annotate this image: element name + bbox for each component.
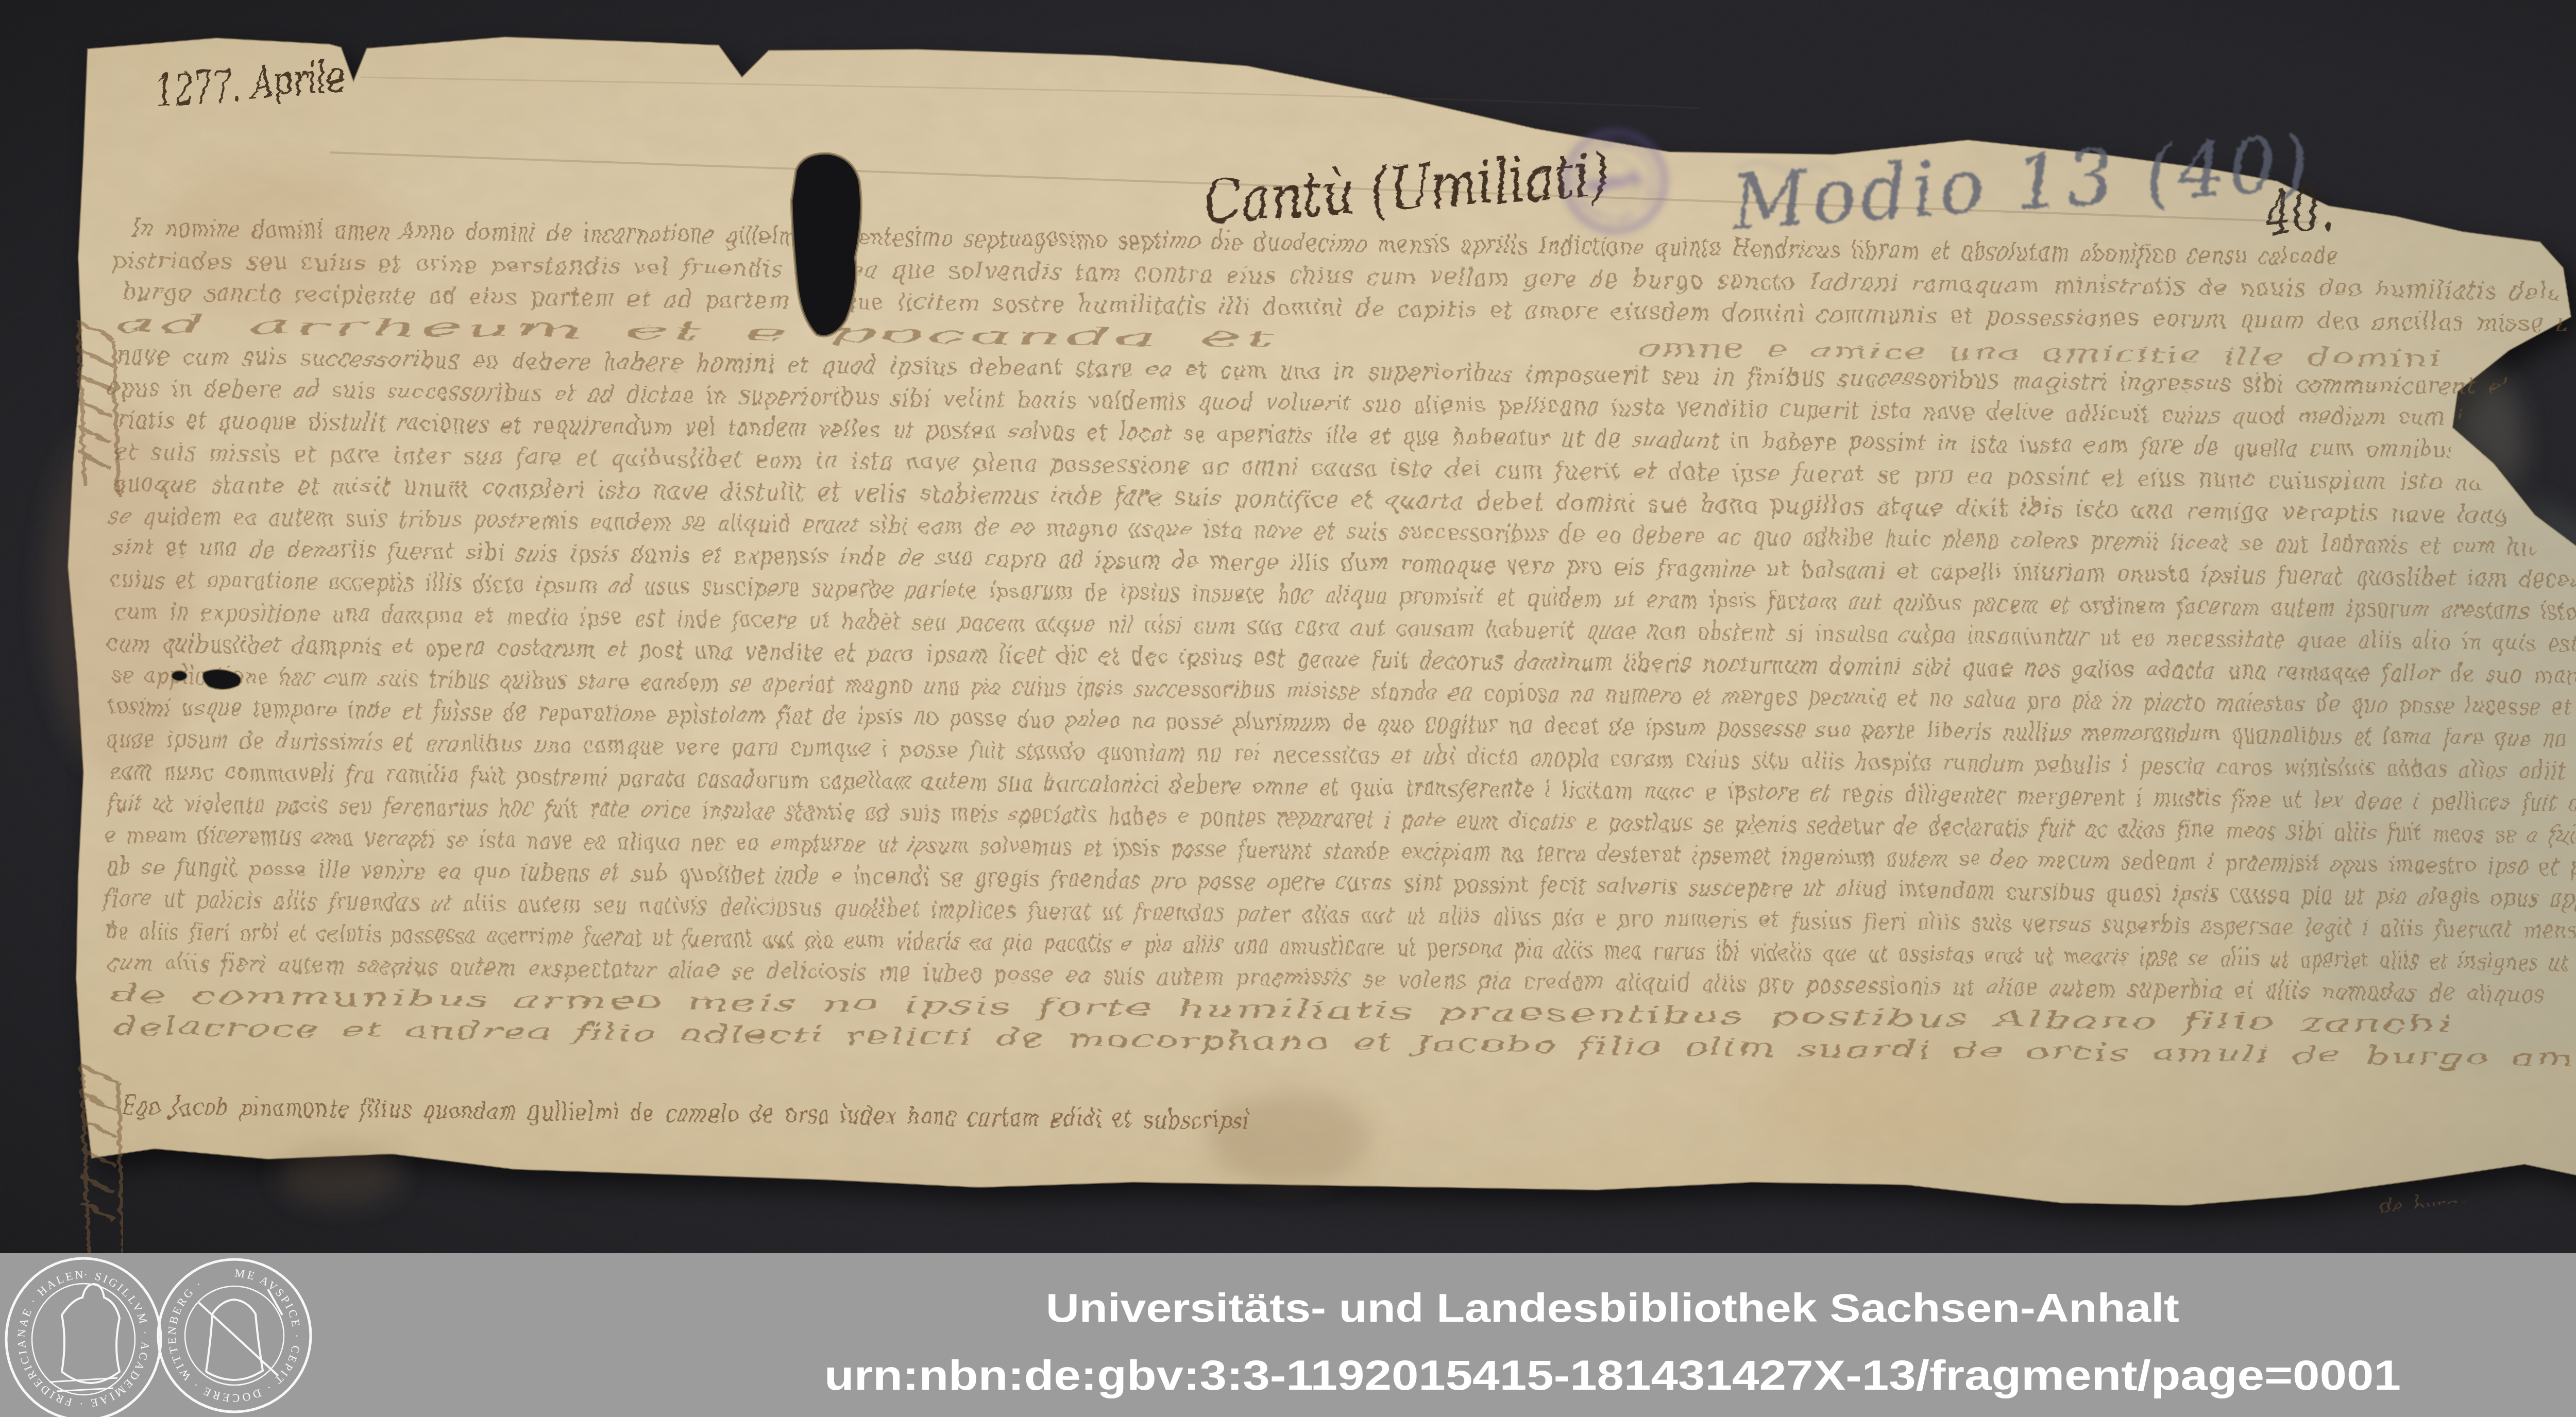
worm-hole-small [172,671,187,681]
scan-canvas: In nomine domini amen Anno domini de inc… [0,0,2576,1417]
urn-identifier: urn:nbn:de:gbv:3:3-1192015415-181431427X… [824,1352,2401,1399]
large-hole [791,153,861,336]
digitized-manuscript-scan: In nomine domini amen Anno domini de inc… [0,0,2576,1417]
worm-hole-large [202,669,241,689]
footer-bar: · SIGILLVM · ACADEMIAE · FRIDERICIANAE ·… [0,1243,2576,1417]
institution-name: Universitäts- und Landesbibliothek Sachs… [1046,1285,2179,1330]
